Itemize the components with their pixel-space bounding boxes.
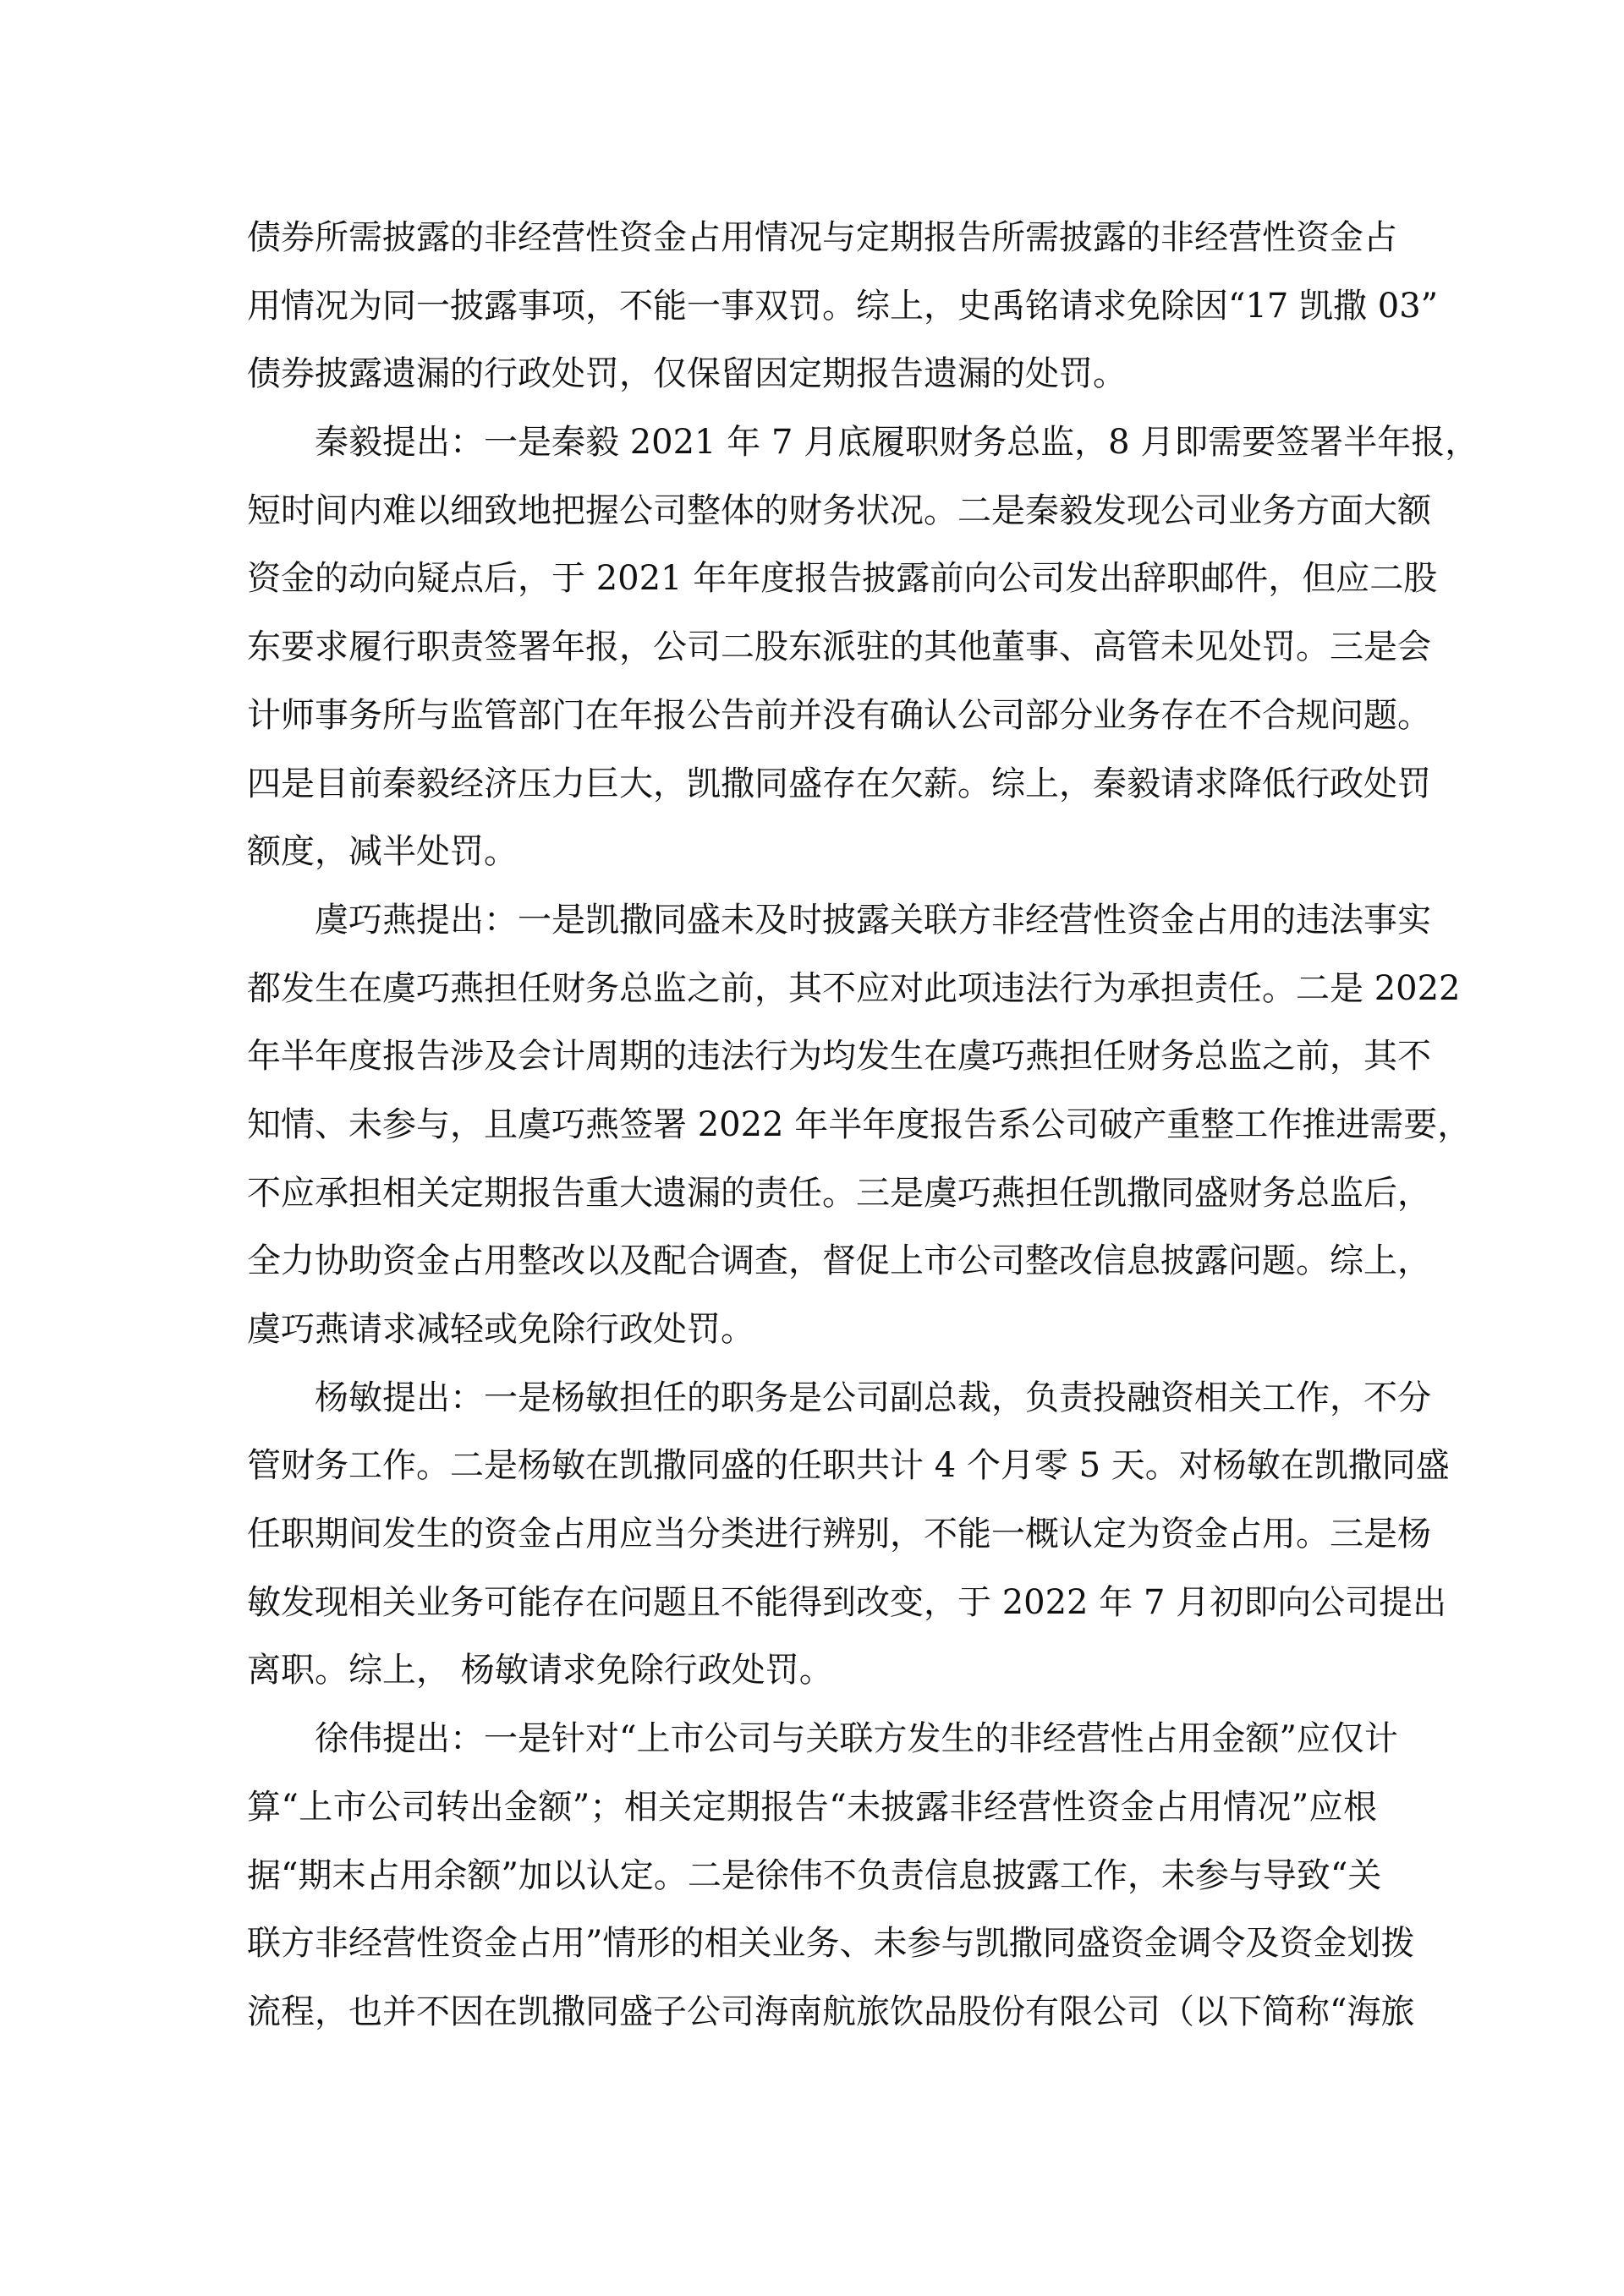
text-line: 东要求履行职责签署年报，公司二股东派驻的其他董事、高管未见处罚。三是会 [247,613,1377,682]
text-line: 资金的动向疑点后，于 2021 年年度报告披露前向公司发出辞职邮件，但应二股 [247,545,1377,613]
paragraph-shi-yuming-continuation: 债券所需披露的非经营性资金占用情况与定期报告所需披露的非经营性资金占 用情况为同… [247,204,1377,408]
text-line: 徐伟提出：一是针对“上市公司与关联方发生的非经营性占用金额”应仅计 [247,1705,1377,1773]
text-line: 杨敏提出：一是杨敏担任的职务是公司副总裁，负责投融资相关工作，不分 [247,1364,1377,1433]
text-line: 算“上市公司转出金额”；相关定期报告“未披露非经营性资金占用情况”应根 [247,1773,1377,1842]
text-line: 任职期间发生的资金占用应当分类进行辨别，不能一概认定为资金占用。三是杨 [247,1500,1377,1569]
paragraph-yu-qiaoyan: 虞巧燕提出：一是凯撒同盛未及时披露关联方非经营性资金占用的违法事实 都发生在虞巧… [247,886,1377,1364]
text-line: 债券所需披露的非经营性资金占用情况与定期报告所需披露的非经营性资金占 [247,204,1377,272]
text-line: 流程，也并不因在凯撒同盛子公司海南航旅饮品股份有限公司（以下简称“海旅 [247,1978,1377,2047]
document-page: 债券所需披露的非经营性资金占用情况与定期报告所需披露的非经营性资金占 用情况为同… [247,204,1377,2047]
paragraph-xu-wei: 徐伟提出：一是针对“上市公司与关联方发生的非经营性占用金额”应仅计 算“上市公司… [247,1705,1377,2046]
text-line: 敏发现相关业务可能存在问题且不能得到改变，于 2022 年 7 月初即向公司提出 [247,1569,1377,1637]
text-line: 管财务工作。二是杨敏在凯撒同盛的任职共计 4 个月零 5 天。对杨敏在凯撒同盛 [247,1432,1377,1500]
text-line: 全力协助资金占用整改以及配合调查，督促上市公司整改信息披露问题。综上， [247,1227,1377,1296]
text-line: 虞巧燕请求减轻或免除行政处罚。 [247,1296,1377,1364]
text-line: 四是目前秦毅经济压力巨大，凯撒同盛存在欠薪。综上，秦毅请求降低行政处罚 [247,750,1377,819]
text-line: 据“期末占用余额”加以认定。二是徐伟不负责信息披露工作，未参与导致“关 [247,1842,1377,1910]
text-line: 年半年度报告涉及会计周期的违法行为均发生在虞巧燕担任财务总监之前，其不 [247,1022,1377,1091]
paragraph-qin-yi: 秦毅提出：一是秦毅 2021 年 7 月底履职财务总监，8 月即需要签署半年报，… [247,408,1377,886]
text-line: 额度，减半处罚。 [247,818,1377,886]
text-line: 离职。综上， 杨敏请求免除行政处罚。 [247,1636,1377,1705]
text-line: 不应承担相关定期报告重大遗漏的责任。三是虞巧燕担任凯撒同盛财务总监后， [247,1159,1377,1228]
text-line: 都发生在虞巧燕担任财务总监之前，其不应对此项违法行为承担责任。二是 2022 [247,955,1377,1023]
text-line: 秦毅提出：一是秦毅 2021 年 7 月底履职财务总监，8 月即需要签署半年报， [247,408,1377,477]
text-line: 用情况为同一披露事项，不能一事双罚。综上，史禹铭请求免除因“17 凯撒 03” [247,272,1377,341]
text-line: 联方非经营性资金占用”情形的相关业务、未参与凯撒同盛资金调令及资金划拨 [247,1910,1377,1978]
text-line: 短时间内难以细致地把握公司整体的财务状况。二是秦毅发现公司业务方面大额 [247,477,1377,545]
paragraph-yang-min: 杨敏提出：一是杨敏担任的职务是公司副总裁，负责投融资相关工作，不分 管财务工作。… [247,1364,1377,1705]
text-line: 虞巧燕提出：一是凯撒同盛未及时披露关联方非经营性资金占用的违法事实 [247,886,1377,955]
text-line: 计师事务所与监管部门在年报公告前并没有确认公司部分业务存在不合规问题。 [247,682,1377,750]
text-line: 知情、未参与，且虞巧燕签署 2022 年半年度报告系公司破产重整工作推进需要， [247,1091,1377,1159]
text-line: 债券披露遗漏的行政处罚，仅保留因定期报告遗漏的处罚。 [247,340,1377,408]
